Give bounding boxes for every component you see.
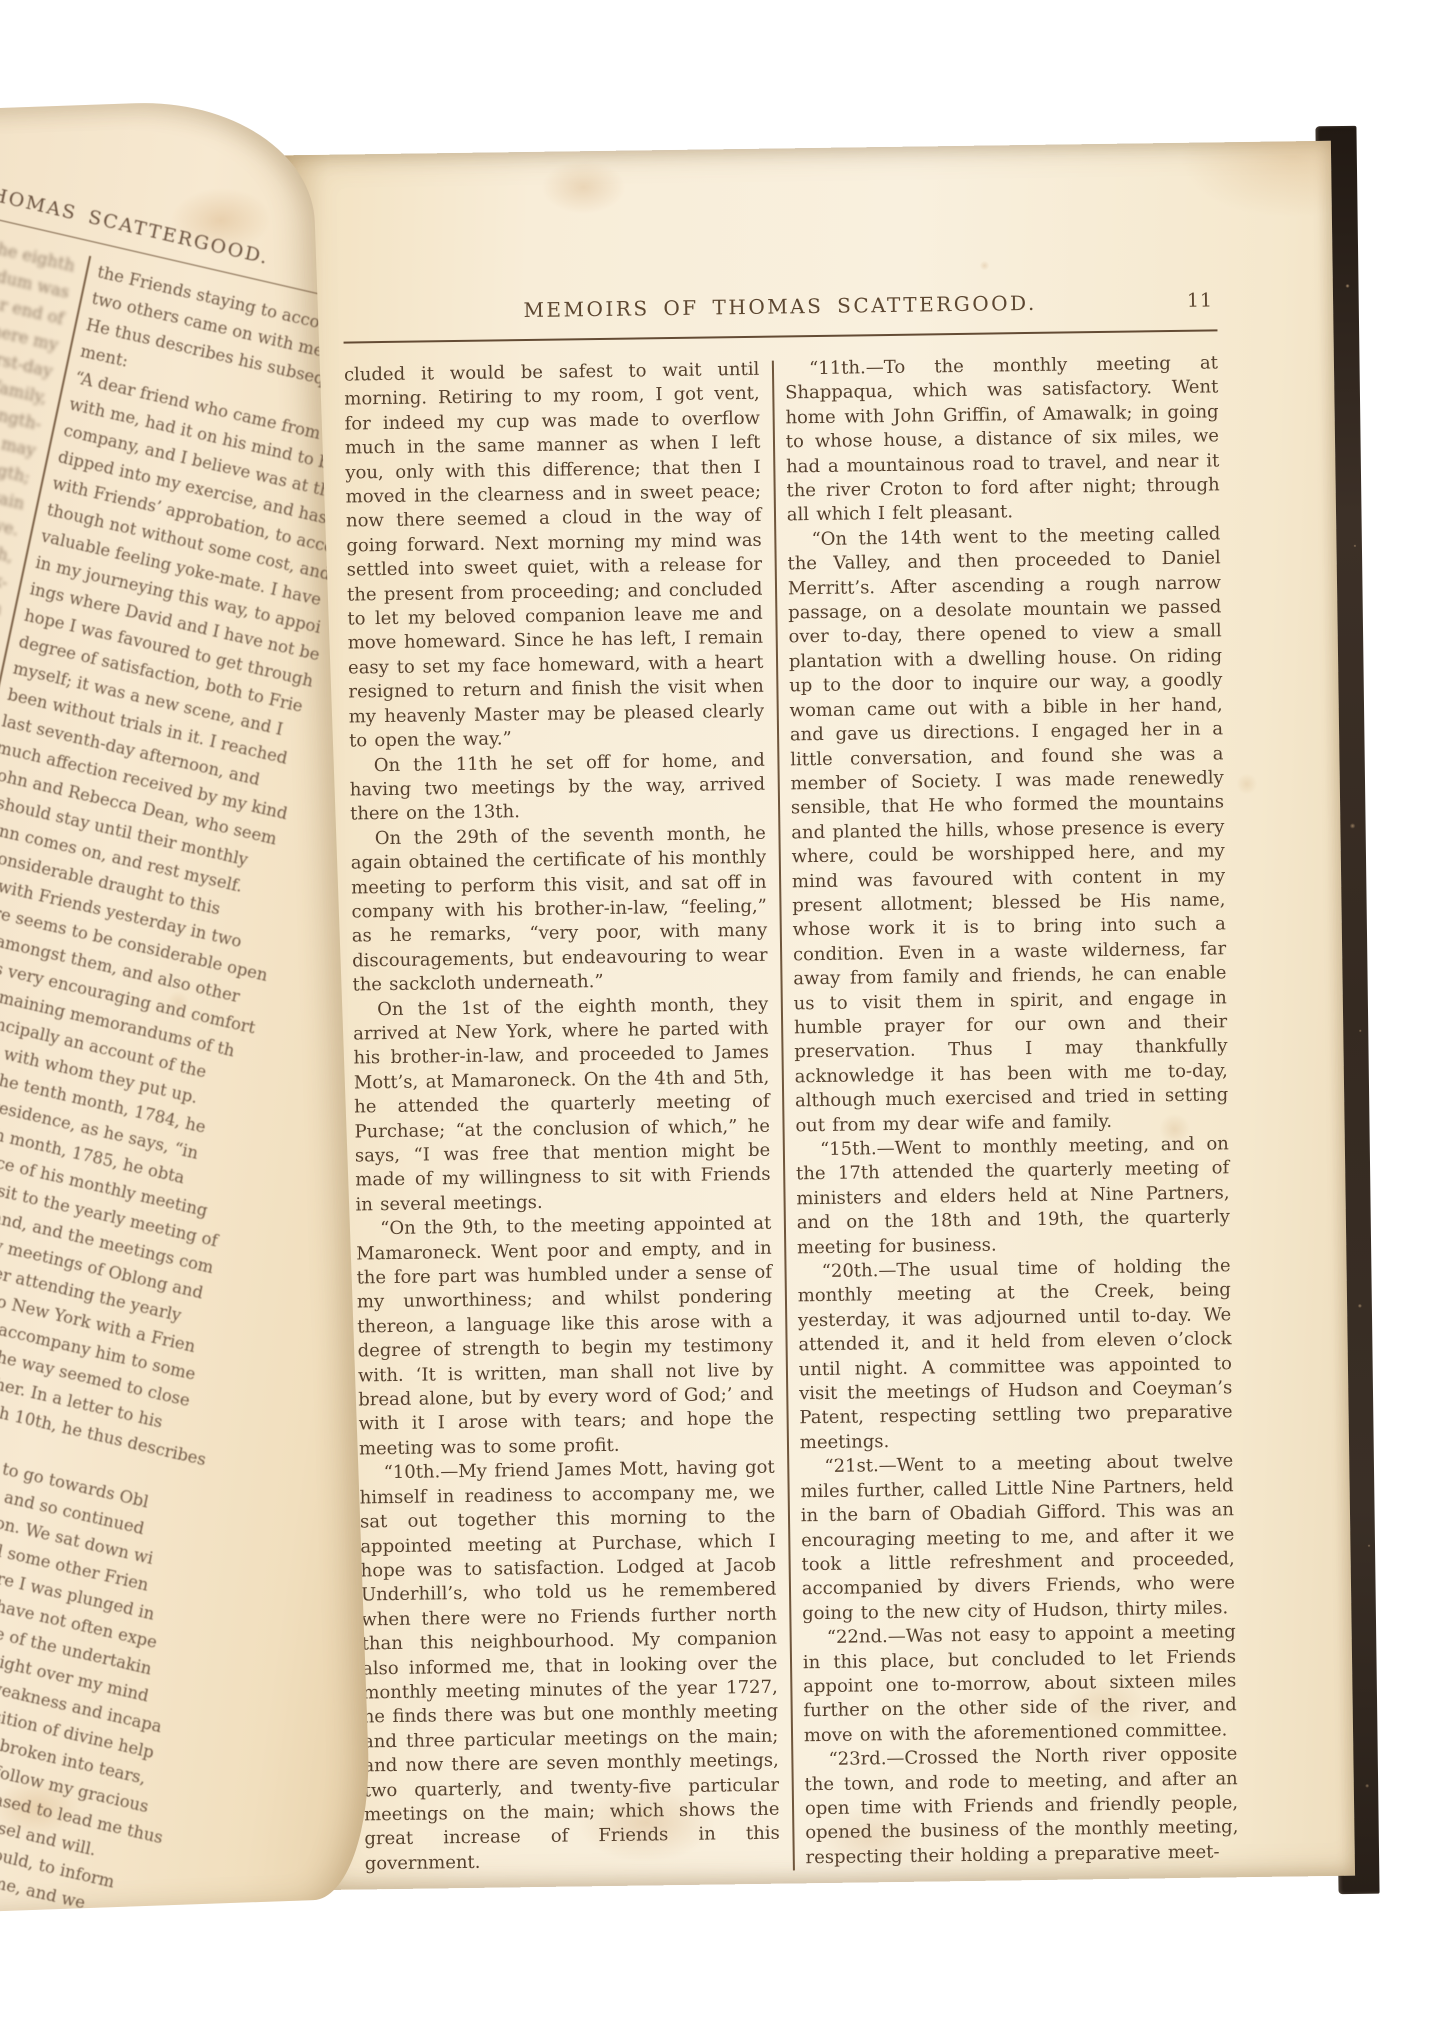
left-page-text-column: the Friends staying to accompany him,two…: [0, 258, 373, 1912]
paragraph: “23rd.—Crossed the North river opposite …: [804, 1742, 1239, 1870]
paragraph: On the 1st of the eighth month, they arr…: [353, 992, 771, 1217]
paragraph: “On the 14th went to the meeting called …: [787, 522, 1229, 1138]
paragraph: On the 11th he set off for home, and hav…: [349, 748, 765, 827]
paragraph: “On the 9th, to the meeting appointed at…: [356, 1212, 775, 1462]
paragraph: On the 29th of the seventh month, he aga…: [350, 821, 768, 998]
paragraph: cluded it would be safest to wait until …: [344, 358, 765, 754]
left-page: RS OF THOMAS SCATTERGOOD. of the eighthm…: [0, 97, 373, 1913]
right-page: MEMOIRS OF THOMAS SCATTERGOOD. 11 cluded…: [283, 141, 1355, 1890]
paragraph: “15th.—Went to monthly meeting, and on t…: [796, 1132, 1231, 1260]
text-column-left: cluded it would be safest to wait until …: [344, 358, 780, 1877]
left-page-content: RS OF THOMAS SCATTERGOOD. of the eighthm…: [0, 163, 373, 1913]
text-columns: of the eighthmemorandum wasat the far en…: [0, 211, 373, 1913]
page-text-area: MEMOIRS OF THOMAS SCATTERGOOD. 11 cluded…: [343, 288, 1239, 1876]
page-number: 11: [1187, 289, 1213, 311]
text-columns: cluded it would be safest to wait until …: [344, 351, 1239, 1876]
text-column-right: “11th.—To the monthly meeting at Shappaq…: [785, 351, 1239, 1870]
paragraph: “11th.—To the monthly meeting at Shappaq…: [785, 351, 1220, 528]
page-header-row: MEMOIRS OF THOMAS SCATTERGOOD. 11: [343, 288, 1217, 326]
paragraph: “10th.—My friend James Mott, having got …: [359, 1456, 780, 1877]
paragraph: “21st.—Went to a meeting about twelve mi…: [800, 1450, 1235, 1627]
paragraph: “22nd.—Was not easy to appoint a meeting…: [802, 1620, 1237, 1748]
header-rule: [344, 329, 1218, 343]
running-header: MEMOIRS OF THOMAS SCATTERGOOD.: [343, 288, 1217, 324]
paragraph: “20th.—The usual time of holding the mon…: [797, 1254, 1233, 1455]
